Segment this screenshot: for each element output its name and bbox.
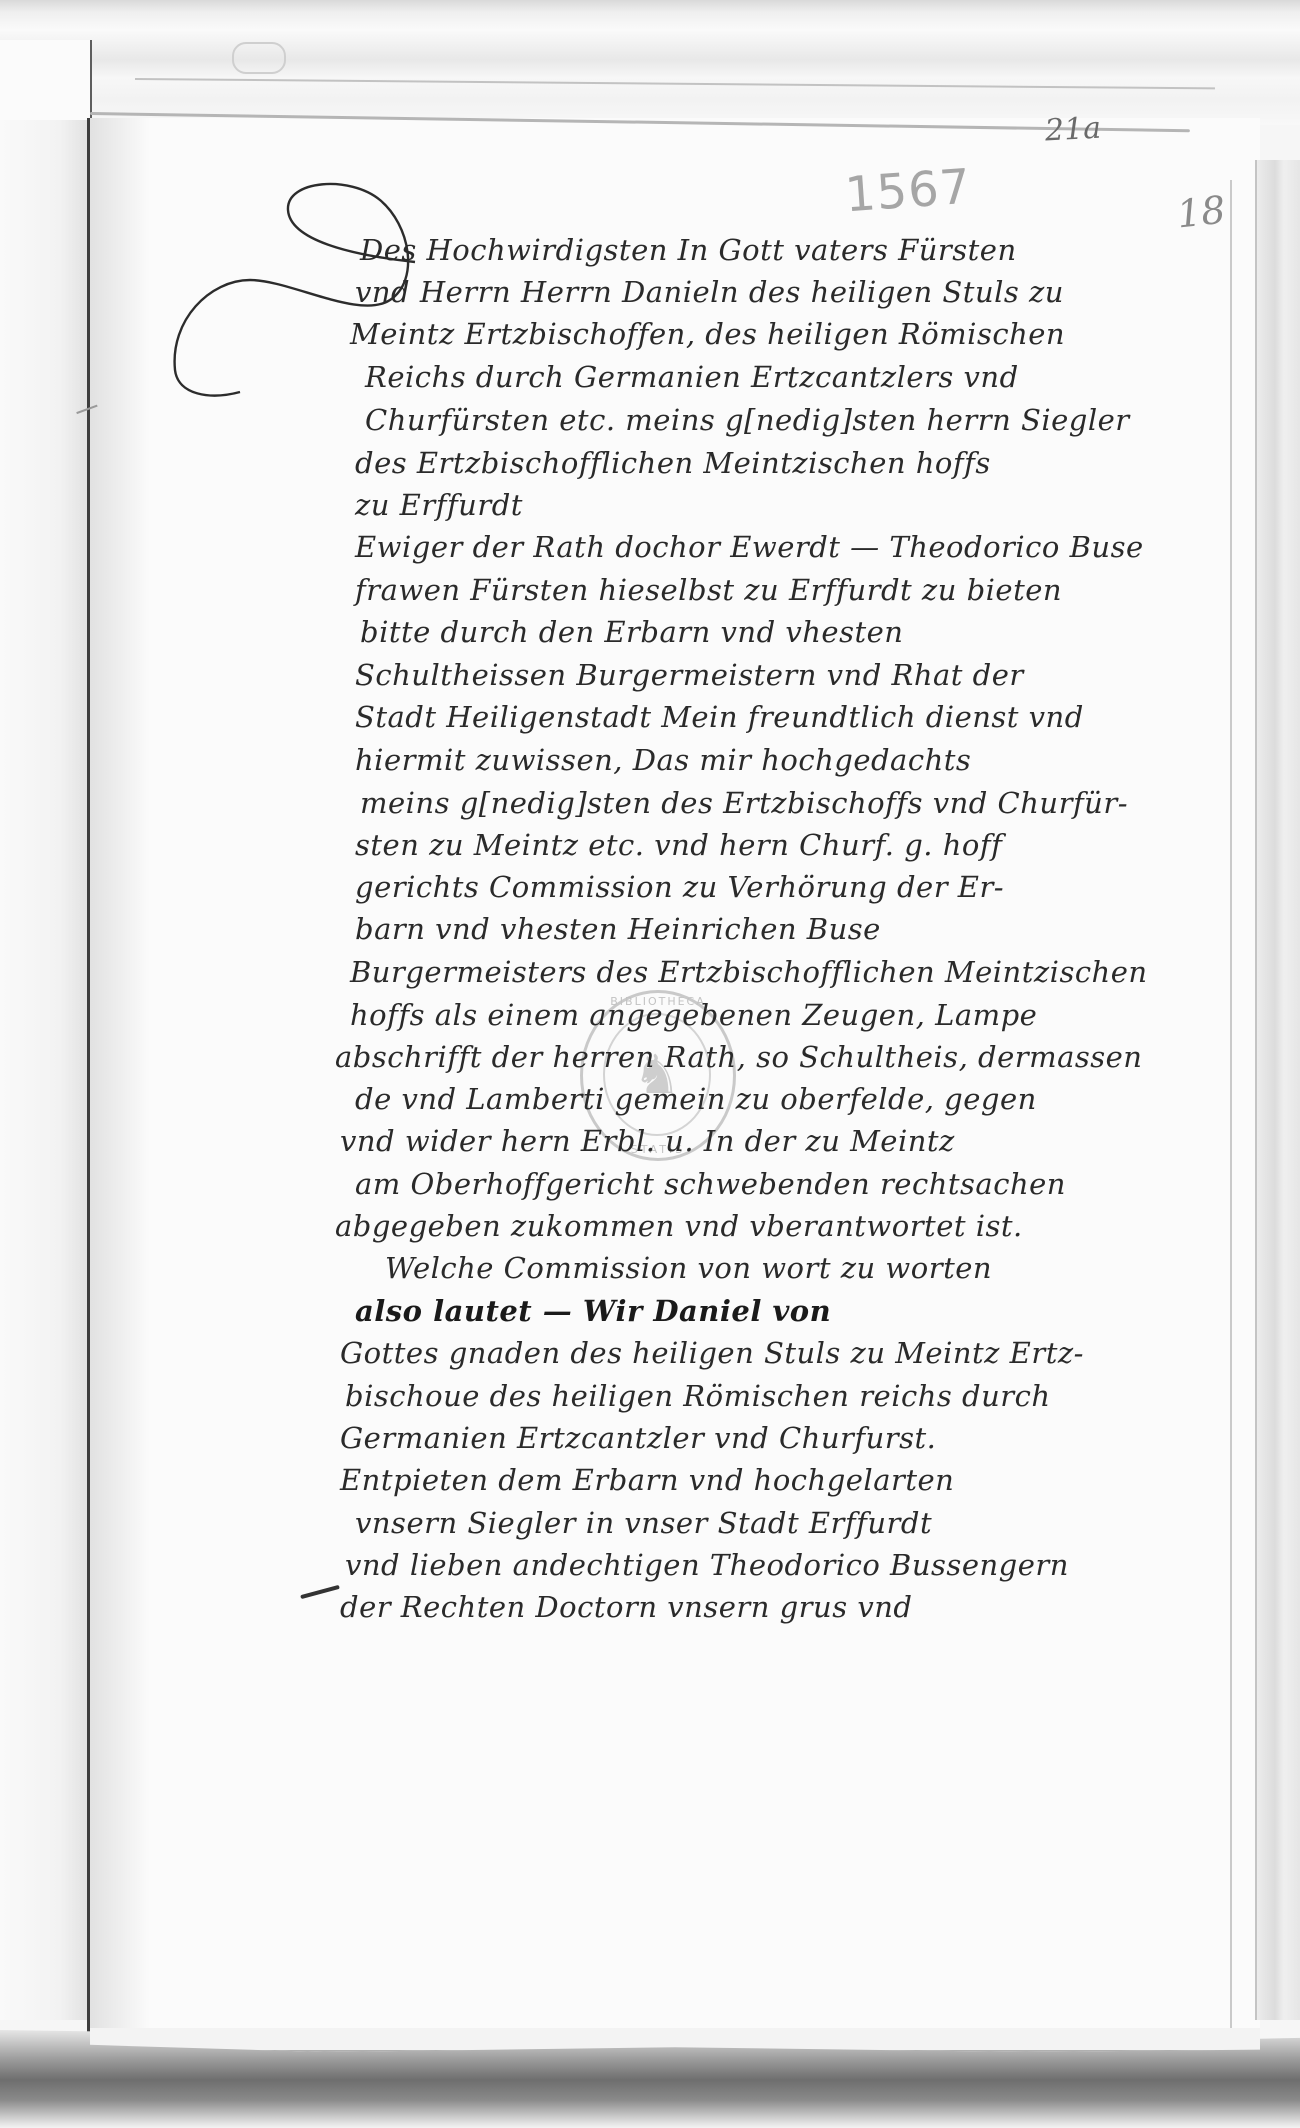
- text-line: vnd wider hern Erbl. u. In der zu Meintz: [340, 1124, 955, 1158]
- text-line: der Rechten Doctorn vnsern grus vnd: [340, 1590, 912, 1624]
- text-line: Entpieten dem Erbarn vnd hochgelarten: [340, 1463, 954, 1497]
- text-line: abgegeben zukommen vnd vberantwortet ist…: [335, 1209, 1023, 1243]
- text-line: hoffs als einem angegebenen Zeugen, Lamp…: [350, 998, 1037, 1032]
- text-line: frawen Fürsten hieselbst zu Erffurdt zu …: [355, 573, 1062, 607]
- text-line: bischoue des heiligen Römischen reichs d…: [345, 1379, 1051, 1413]
- manuscript-scan: 21a 1567 18 BIBLIOTHECA ♞ STATIS Des Hoc…: [0, 0, 1300, 2128]
- gutter-shadow: [90, 118, 150, 2038]
- text-line: zu Erffurdt: [355, 488, 523, 522]
- text-line: barn vnd vhesten Heinrichen Buse: [355, 912, 881, 946]
- text-line: vnd lieben andechtigen Theodorico Bussen…: [345, 1548, 1069, 1582]
- text-line: meins g[nedig]sten des Ertzbischoffs vnd…: [360, 786, 1128, 820]
- text-line: Gottes gnaden des heiligen Stuls zu Mein…: [340, 1336, 1084, 1370]
- text-line: Churfürsten etc. meins g[nedig]sten herr…: [365, 403, 1130, 437]
- left-page-margin: [0, 120, 88, 2020]
- text-line: Stadt Heiligenstadt Mein freundtlich die…: [355, 700, 1084, 734]
- text-line: Reichs durch Germanien Ertzcantzlers vnd: [365, 360, 1019, 394]
- sheet-right-edges: [1255, 160, 1300, 2020]
- text-line: am Oberhoffgericht schwebenden rechtsach…: [355, 1167, 1066, 1201]
- text-line: Schultheissen Burgermeistern vnd Rhat de…: [355, 658, 1024, 692]
- text-line: Ewiger der Rath dochor Ewerdt — Theodori…: [355, 530, 1144, 564]
- text-line: bitte durch den Erbarn vnd vhesten: [360, 615, 903, 649]
- text-line: vnd Herrn Herrn Danieln des heiligen Stu…: [355, 275, 1064, 309]
- sheet-right-fold: [1230, 180, 1238, 2040]
- text-line: sten zu Meintz etc. vnd hern Churf. g. h…: [355, 828, 1002, 862]
- text-line: de vnd Lamberti gemein zu oberfelde, geg…: [355, 1082, 1037, 1116]
- text-line: vnsern Siegler in vnser Stadt Erffurdt: [355, 1506, 932, 1540]
- text-line: Germanien Ertzcantzler vnd Churfurst.: [340, 1421, 936, 1455]
- text-line: also lautet — Wir Daniel von: [355, 1294, 831, 1328]
- top-shelfmark: 21a: [1044, 111, 1102, 149]
- pencil-date-annotation: 1567: [843, 159, 973, 224]
- left-page-tab: [0, 40, 92, 120]
- text-line: des Ertzbischofflichen Meintzischen hoff…: [355, 446, 991, 480]
- corner-stain: [232, 42, 286, 74]
- text-line: Welche Commission von wort zu worten: [385, 1251, 992, 1285]
- text-line: Des Hochwirdigsten In Gott vaters Fürste…: [360, 233, 1017, 267]
- top-paper-edges: [0, 0, 1300, 125]
- text-line: gerichts Commission zu Verhörung der Er-: [355, 870, 1004, 904]
- text-line: abschrifft der herren Rath, so Schulthei…: [335, 1040, 1143, 1074]
- folio-number: 18: [1175, 188, 1228, 237]
- text-line: Meintz Ertzbischoffen, des heiligen Römi…: [350, 317, 1065, 351]
- text-line: Burgermeisters des Ertzbischofflichen Me…: [350, 955, 1148, 989]
- text-line: hiermit zuwissen, Das mir hochgedachts: [355, 743, 971, 777]
